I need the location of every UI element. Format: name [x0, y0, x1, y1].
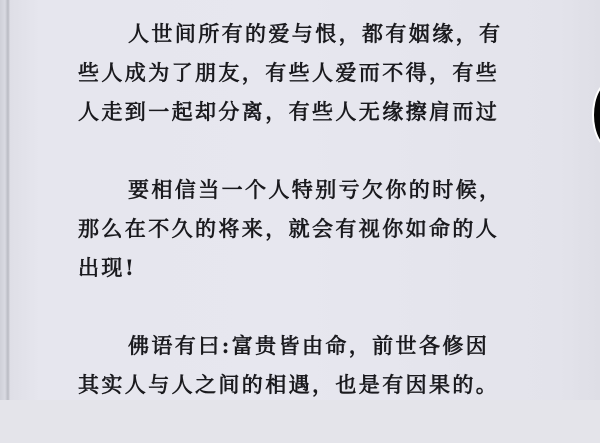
paragraph-3: 佛语有曰:富贵皆由命，前世各修因 其实人与人之间的相遇，也是有因果的。: [78, 326, 588, 400]
text-line: 人世间所有的爱与恨，都有姻缘，有: [78, 14, 588, 53]
document-page: 人世间所有的爱与恨，都有姻缘，有 些人成为了朋友，有些人爱而不得，有些 人走到一…: [0, 0, 600, 400]
paragraph-1: 人世间所有的爱与恨，都有姻缘，有 些人成为了朋友，有些人爱而不得，有些 人走到一…: [78, 14, 588, 131]
text-line: 要相信当一个人特别亏欠你的时候，: [78, 170, 588, 209]
text-line: 其实人与人之间的相遇，也是有因果的。: [78, 365, 588, 400]
page-edge: [0, 0, 10, 400]
text-line: 些人成为了朋友，有些人爱而不得，有些: [78, 53, 588, 92]
paragraph-2: 要相信当一个人特别亏欠你的时候， 那么在不久的将来，就会有视你如命的人 出现!: [78, 170, 588, 287]
text-line: 那么在不久的将来，就会有视你如命的人: [78, 209, 588, 248]
text-line: 人走到一起却分离，有些人无缘擦肩而过: [78, 92, 588, 131]
document-text: 人世间所有的爱与恨，都有姻缘，有 些人成为了朋友，有些人爱而不得，有些 人走到一…: [78, 14, 588, 400]
text-line: 佛语有曰:富贵皆由命，前世各修因: [78, 326, 588, 365]
text-line: 出现!: [78, 248, 588, 287]
overlay-shape: [592, 80, 600, 150]
